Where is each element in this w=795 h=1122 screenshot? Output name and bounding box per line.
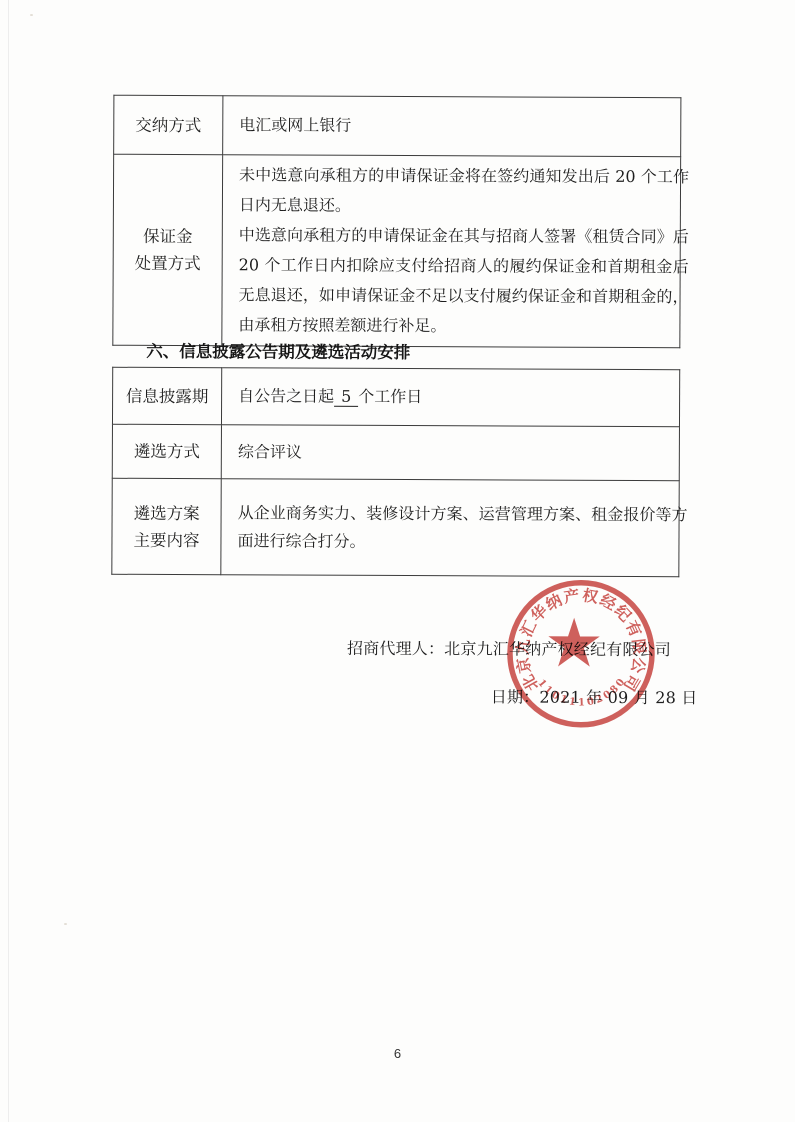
row-value-prefix: 自公告之日起 <box>238 386 334 405</box>
table-row: 遴选方案 主要内容 从企业商务实力、装修设计方案、运营管理方案、租金报价等方面进… <box>112 478 679 576</box>
paragraph: 中选意向承租方的申请保证金在其与招商人签署《租赁合同》后 20 个工作日内扣除应… <box>238 220 689 342</box>
selection-schedule-table: 信息披露期 自公告之日起5个工作日 遴选方式 综合评议 遴选方案 主要内容 从企… <box>111 367 680 577</box>
section-heading: 六、信息披露公告期及遴选活动安排 <box>146 338 410 363</box>
table-row: 信息披露期 自公告之日起5个工作日 <box>112 367 679 426</box>
deposit-table: 交纳方式 电汇或网上银行 保证金 处置方式 未中选意向承租方的申请保证金将在签约… <box>112 95 681 348</box>
page-number: 6 <box>0 1046 795 1061</box>
paragraph: 未中选意向承租方的申请保证金将在签约通知发出后 20 个工作日内无息退还。 <box>239 160 689 222</box>
table-row: 交纳方式 电汇或网上银行 <box>114 95 681 156</box>
table-row: 保证金 处置方式 未中选意向承租方的申请保证金将在签约通知发出后 20 个工作日… <box>113 154 681 347</box>
row-value: 从企业商务实力、装修设计方案、运营管理方案、租金报价等方面进行综合打分。 <box>237 499 687 557</box>
row-label: 遴选方式 <box>134 442 200 461</box>
row-label: 信息披露期 <box>126 386 209 405</box>
row-value-cell: 未中选意向承租方的申请保证金将在签约通知发出后 20 个工作日内无息退还。 中选… <box>222 155 681 348</box>
row-value-suffix: 个工作日 <box>358 387 422 406</box>
row-label-line: 处置方式 <box>118 250 218 277</box>
row-value: 综合评议 <box>238 442 302 461</box>
row-value-cell: 从企业商务实力、装修设计方案、运营管理方案、租金报价等方面进行综合打分。 <box>221 479 679 577</box>
date-line: 日期：2021 年 09 月 28 日 <box>491 684 698 708</box>
row-label-cell: 遴选方式 <box>112 424 221 478</box>
row-value: 电汇或网上银行 <box>239 115 351 134</box>
row-label: 交纳方式 <box>135 115 201 134</box>
agent-signature-line: 招商代理人：北京九汇华纳产权经纪有限公司 <box>347 636 671 660</box>
row-label-cell: 信息披露期 <box>112 367 221 424</box>
row-label-line: 主要内容 <box>116 526 216 553</box>
row-label-cell: 遴选方案 主要内容 <box>112 478 221 574</box>
row-label-cell: 保证金 处置方式 <box>113 154 223 345</box>
row-value-cell: 综合评议 <box>221 425 679 481</box>
table-row: 遴选方式 综合评议 <box>112 424 679 480</box>
row-label-line: 遴选方案 <box>117 499 217 526</box>
row-value-cell: 电汇或网上银行 <box>223 96 681 157</box>
underlined-value: 5 <box>334 387 358 407</box>
document-page: 交纳方式 电汇或网上银行 保证金 处置方式 未中选意向承租方的申请保证金将在签约… <box>0 0 795 1122</box>
row-label-line: 保证金 <box>118 223 218 250</box>
row-value-cell: 自公告之日起5个工作日 <box>221 368 679 427</box>
row-label-cell: 交纳方式 <box>114 95 223 154</box>
